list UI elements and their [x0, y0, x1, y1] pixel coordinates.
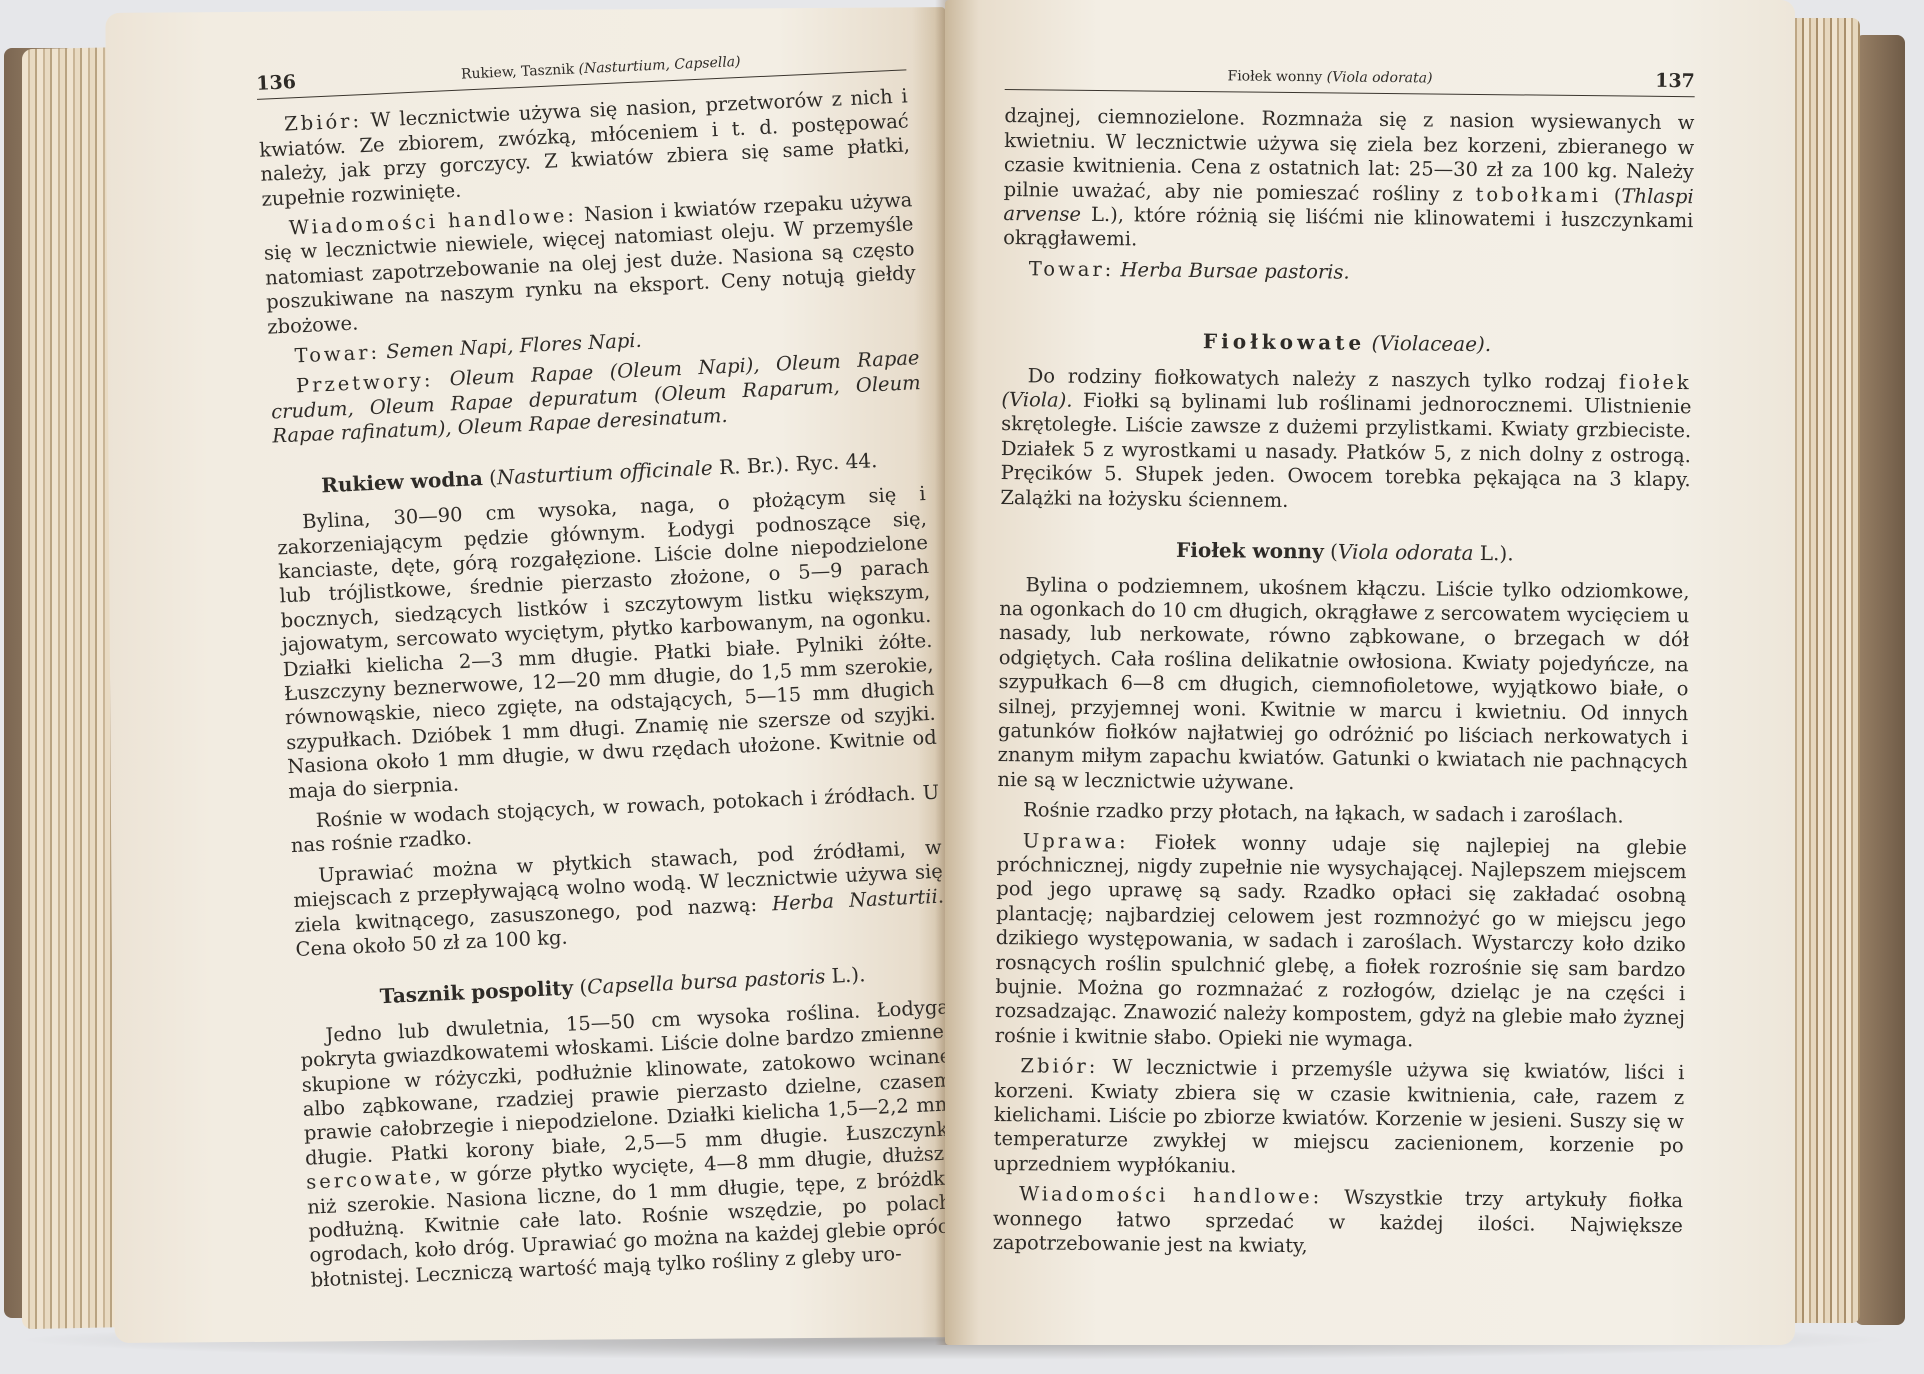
family-name: Fiołkowate — [1203, 329, 1365, 355]
book-cover-right — [1855, 35, 1905, 1325]
paragraph: Wiadomości handlowe: Nasion i kwiatów rz… — [262, 188, 917, 339]
latin-name: (Violaceae). — [1365, 331, 1491, 356]
running-head-title: Rukiew, Tasznik (Nasturtium, Capsella) — [295, 42, 906, 94]
spaced-term: tobołkami — [1476, 183, 1602, 207]
paragraph: Do rodziny fiołkowatych należy z naszych… — [1000, 364, 1691, 518]
paragraph: Towar: Herba Bursae pastoris. — [1003, 257, 1693, 289]
species-name: Tasznik pospolity — [379, 976, 573, 1009]
paragraph: Uprawiać można w płytkich stawach, pod ź… — [292, 835, 946, 962]
latin-term: (Viola). — [1001, 388, 1072, 412]
paragraph-text: Jedno lub dwuletnia, 15—50 cm wysoka roś… — [300, 995, 954, 1169]
left-page-body: Zbiór: W lecznictwie używa się nasion, p… — [258, 85, 955, 1293]
paragraph-text: ( — [1601, 184, 1622, 207]
spaced-term: fiołek — [1619, 370, 1692, 394]
latin-term: Semen Napi, Flores Napi. — [380, 329, 643, 364]
running-head-title: Fiołek wonny (Viola odorata) — [1005, 62, 1656, 93]
paragraph-text: Bylina, 30—90 cm wysoka, naga, o płożący… — [277, 482, 937, 803]
section-label: Zbiór: — [1020, 1054, 1098, 1078]
author-abbr: L.). — [825, 963, 866, 989]
left-page: 136 Rukiew, Tasznik (Nasturtium, Capsell… — [105, 7, 954, 1343]
page-edges-right — [1790, 18, 1860, 1323]
paragraph-text: L.), które różnią się liśćmi nie klinowa… — [1003, 203, 1693, 251]
paragraph: Bylina, 30—90 cm wysoka, naga, o płożący… — [276, 482, 939, 804]
section-label: Uprawa: — [1023, 829, 1129, 853]
latin-name: Capsella bursa pastoris — [587, 964, 826, 999]
right-page: Fiołek wonny (Viola odorata) 137 dzajnej… — [945, 0, 1795, 1345]
author-abbr: L.). — [1473, 541, 1513, 565]
running-head: Fiołek wonny (Viola odorata) 137 — [1005, 62, 1695, 98]
paragraph-text: Rośnie rzadko przy płotach, na łąkach, w… — [1023, 798, 1624, 827]
left-page-content: 136 Rukiew, Tasznik (Nasturtium, Capsell… — [256, 42, 955, 1299]
section-heading: Fiołek wonny (Viola odorata L.). — [1000, 536, 1690, 568]
paragraph: Zbiór: W lecznictwie i przemyśle używa s… — [993, 1054, 1684, 1183]
paragraph-text: Nasion i kwiatów rzepaku używa się w lec… — [264, 188, 917, 338]
page-number: 136 — [256, 70, 297, 96]
author-abbr: R. Br.). — [712, 452, 790, 479]
figure-ref: Ryc. 44. — [789, 448, 878, 476]
right-page-content: Fiołek wonny (Viola odorata) 137 dzajnej… — [992, 62, 1695, 1269]
paragraph-text: Fiołki są bylinami lub roślinami jednoro… — [1000, 389, 1691, 512]
paragraph: Rośnie rzadko przy płotach, na łąkach, w… — [997, 798, 1687, 830]
paragraph: Bylina o podziemnem, ukośnem kłączu. Liś… — [997, 572, 1689, 799]
right-page-body: dzajnej, ciemnozielone. Rozmnaża się z n… — [993, 104, 1695, 1262]
section-label: Wiadomości handlowe: — [1019, 1182, 1322, 1208]
latin-term: Herba Bursae pastoris. — [1114, 258, 1350, 283]
section-label: Towar: — [294, 341, 380, 368]
latin-name: Viola odorata — [1338, 540, 1474, 565]
paragraph: Uprawa: Fiołek wonny udaje się najlepiej… — [995, 829, 1687, 1056]
paragraph-text: Bylina o podziemnem, ukośnem kłączu. Liś… — [997, 573, 1689, 794]
paragraph-text: Fiołek wonny udaje się najlepiej na gleb… — [995, 830, 1687, 1051]
latin-name: Nasturtium officinale — [496, 455, 713, 489]
species-name: Rukiew wodna — [321, 466, 483, 497]
section-heading: Fiołkowate (Violaceae). — [1002, 327, 1692, 359]
section-label: Towar: — [1029, 257, 1115, 281]
section-label: Zbiór: — [284, 110, 363, 137]
paragraph-text: W lecznictwie używa się nasion, przetwor… — [259, 85, 910, 211]
paragraph: Jedno lub dwuletnia, 15—50 cm wysoka roś… — [299, 995, 955, 1293]
paragraph: Wiadomości handlowe: Wszystkie trzy arty… — [993, 1182, 1684, 1262]
page-number: 137 — [1655, 69, 1695, 94]
species-name: Fiołek wonny — [1176, 538, 1324, 564]
paragraph: dzajnej, ciemnozielone. Rozmnaża się z n… — [1003, 104, 1694, 258]
